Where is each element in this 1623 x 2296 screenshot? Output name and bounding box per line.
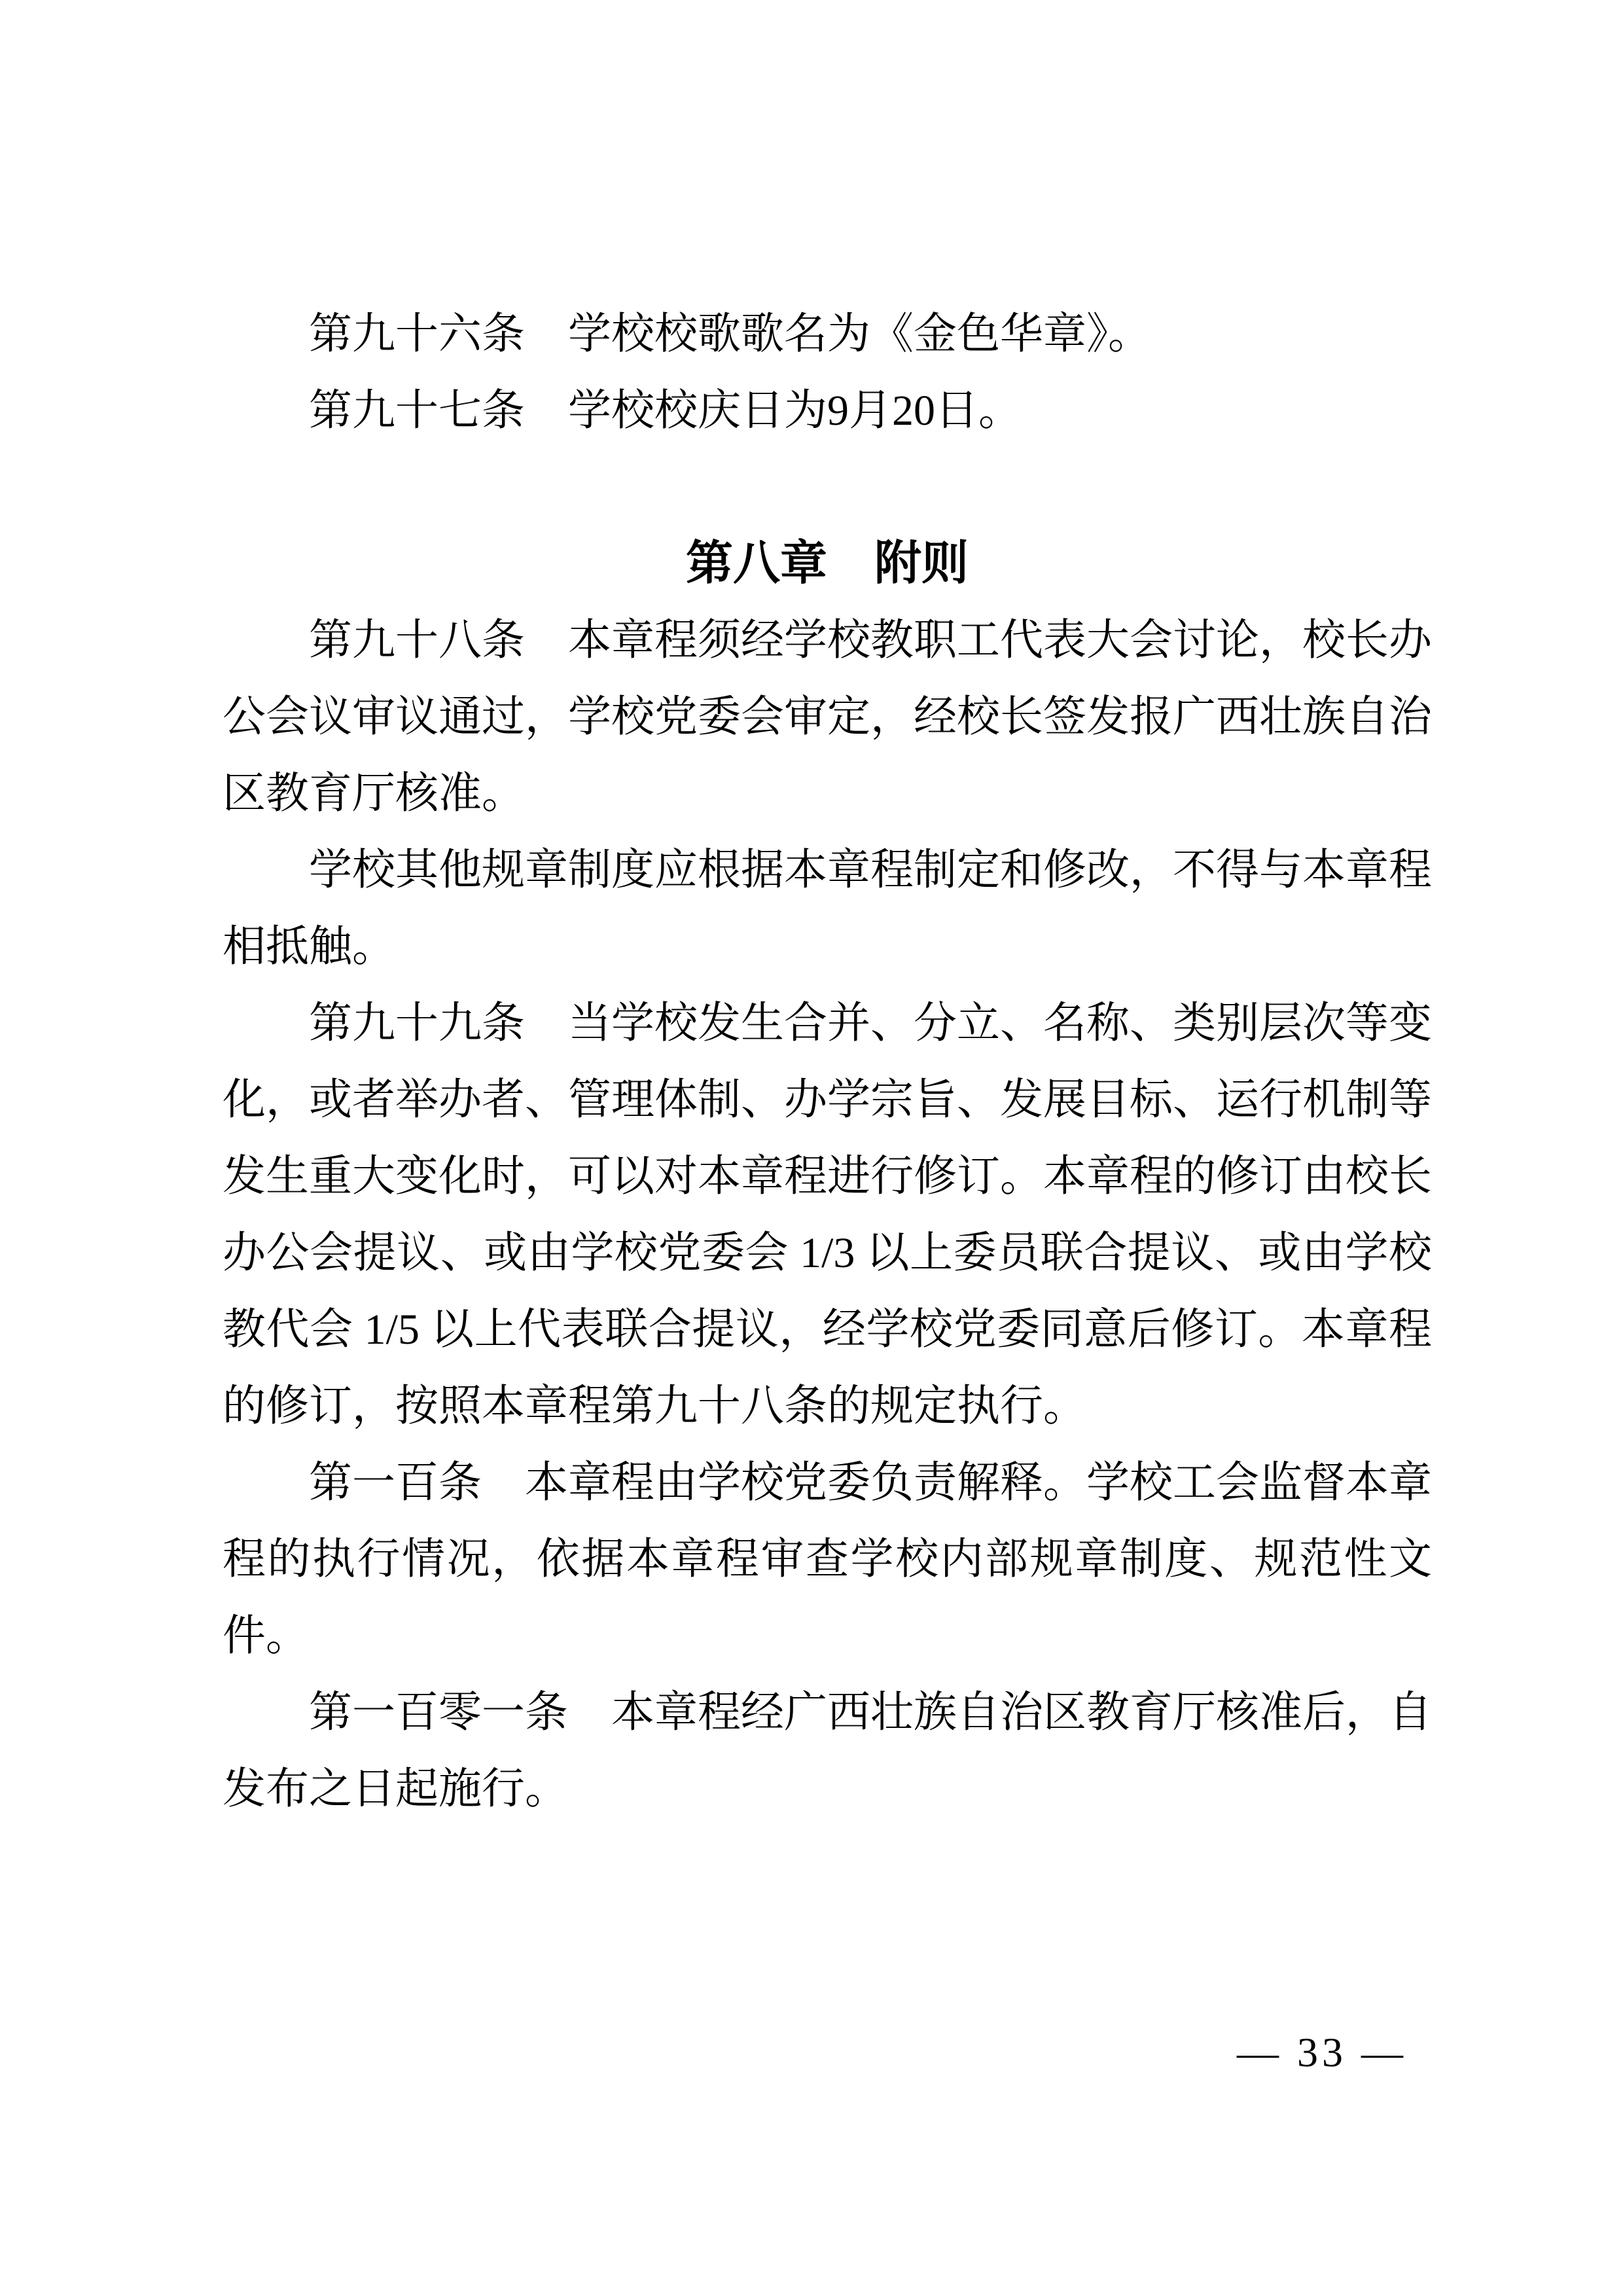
article-96-paragraph: 第九十六条 学校校歌歌名为《金色华章》。 <box>223 296 1432 372</box>
document-page: 第九十六条 学校校歌歌名为《金色华章》。 第九十七条 学校校庆日为9月20日。 … <box>0 0 1623 2296</box>
page-number: — 33 — <box>1237 2029 1407 2075</box>
article-99-paragraph: 第九十九条 当学校发生合并、分立、名称、类别层次等变化，或者举办者、管理体制、办… <box>223 985 1432 1444</box>
other-rules-paragraph: 学校其他规章制度应根据本章程制定和修改，不得与本章程相抵触。 <box>223 832 1432 985</box>
article-98-paragraph: 第九十八条 本章程须经学校教职工代表大会讨论，校长办公会议审议通过，学校党委会审… <box>223 602 1432 832</box>
article-101-paragraph: 第一百零一条 本章程经广西壮族自治区教育厅核准后，自发布之日起施行。 <box>223 1674 1432 1827</box>
article-97-paragraph: 第九十七条 学校校庆日为9月20日。 <box>223 372 1432 449</box>
article-100-paragraph: 第一百条 本章程由学校党委负责解释。学校工会监督本章程的执行情况，依据本章程审查… <box>223 1444 1432 1674</box>
charter-body-text: 第九十六条 学校校歌歌名为《金色华章》。 第九十七条 学校校庆日为9月20日。 … <box>223 296 1432 1827</box>
chapter-8-heading: 第八章 附则 <box>223 526 1432 602</box>
page-footer: — 33 — <box>1237 2029 1407 2076</box>
